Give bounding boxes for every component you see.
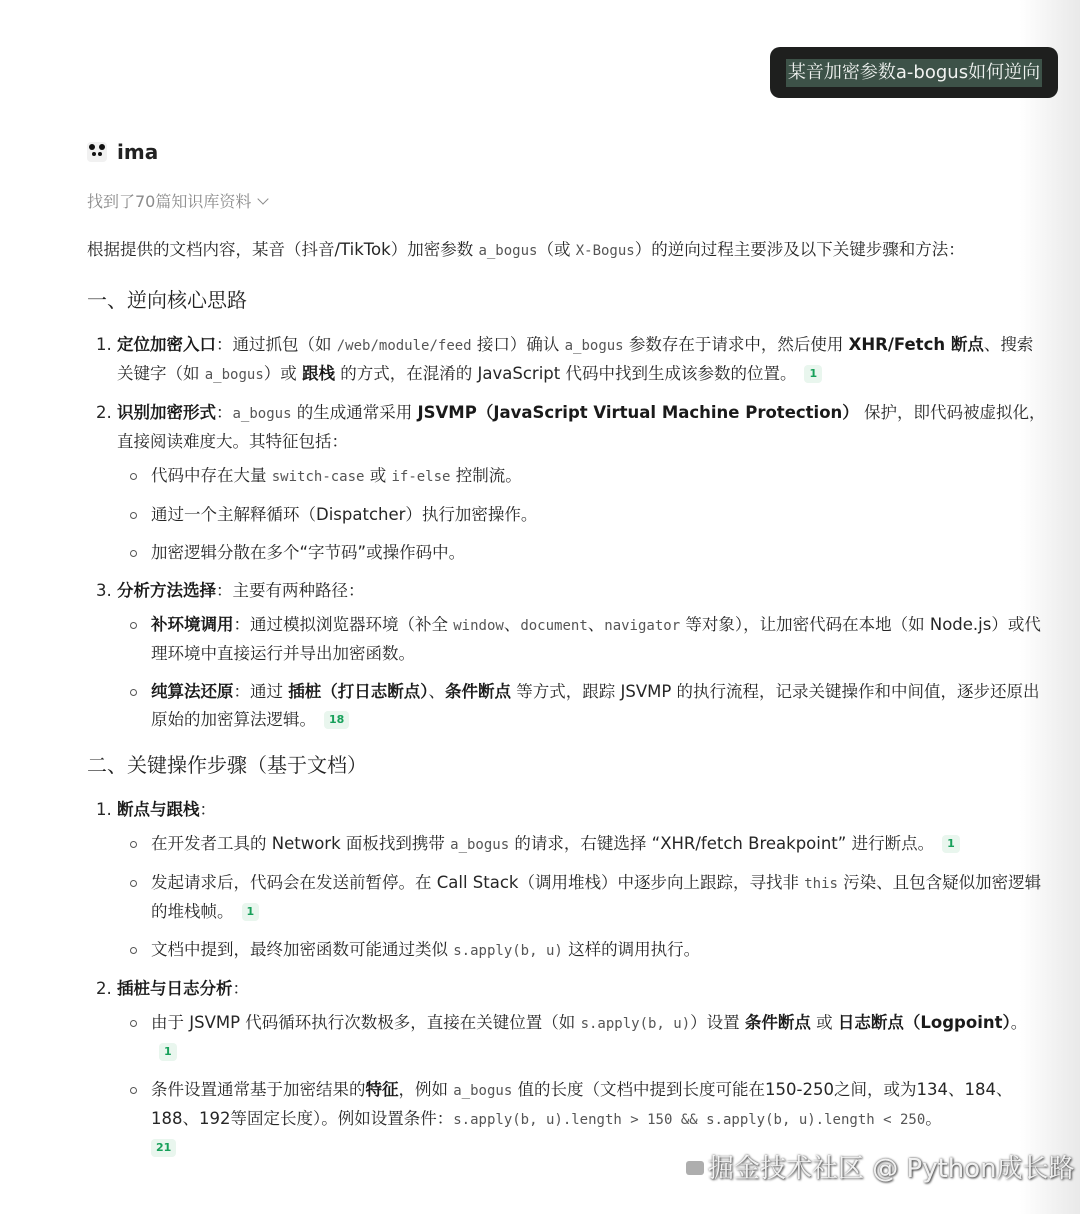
sub-list-item: 补环境调用：通过模拟浏览器环境（补全 window、document、navig… <box>121 611 1047 668</box>
sub-list-item: 通过一个主解释循环（Dispatcher）执行加密操作。 <box>121 501 1047 529</box>
sub-list-item: 纯算法还原：通过 插桩（打日志断点）、条件断点 等方式，跟踪 JSVMP 的执行… <box>121 678 1047 734</box>
sub-list-item: 条件设置通常基于加密结果的特征，例如 a_bogus 值的长度（文档中提到长度可… <box>121 1076 1047 1162</box>
assistant-name: ima <box>117 140 158 164</box>
citation-badge[interactable]: 1 <box>804 365 822 383</box>
sub-list-item: 在开发者工具的 Network 面板找到携带 a_bogus 的请求，右键选择 … <box>121 830 1047 859</box>
section2-list: 断点与跟栈： 在开发者工具的 Network 面板找到携带 a_bogus 的请… <box>87 796 1047 1162</box>
user-message-bubble: 某音加密参数a-bogus如何逆向 <box>770 47 1058 98</box>
sources-label: 找到了70篇知识库资料 <box>87 189 251 212</box>
sources-toggle[interactable]: 找到了70篇知识库资料 <box>87 189 267 212</box>
sub-list-item: 文档中提到，最终加密函数可能通过类似 s.apply(b, u) 这样的调用执行… <box>121 936 1047 965</box>
list-item: 定位加密入口：通过抓包（如 /web/module/feed 接口）确认 a_b… <box>117 331 1047 389</box>
list-item: 断点与跟栈： 在开发者工具的 Network 面板找到携带 a_bogus 的请… <box>117 796 1047 965</box>
sub-list: 代码中存在大量 switch-case 或 if-else 控制流。 通过一个主… <box>117 462 1047 567</box>
answer-intro: 根据提供的文档内容，某音（抖音/TikTok）加密参数 a_bogus（或 X-… <box>87 236 1047 265</box>
list-item: 分析方法选择：主要有两种路径： 补环境调用：通过模拟浏览器环境（补全 windo… <box>117 577 1047 734</box>
sub-list: 补环境调用：通过模拟浏览器环境（补全 window、document、navig… <box>117 611 1047 734</box>
section1-list: 定位加密入口：通过抓包（如 /web/module/feed 接口）确认 a_b… <box>87 331 1047 734</box>
citation-badge[interactable]: 1 <box>942 835 960 853</box>
assistant-header: ima <box>87 140 158 164</box>
sub-list-item: 发起请求后，代码会在发送前暂停。在 Call Stack（调用堆栈）中逐步向上跟… <box>121 869 1047 926</box>
user-message-text: 某音加密参数a-bogus如何逆向 <box>786 59 1042 87</box>
chevron-down-icon <box>258 193 269 204</box>
section-heading-1: 一、逆向核心思路 <box>87 285 1047 315</box>
citation-badge[interactable]: 18 <box>324 711 349 729</box>
sub-list: 在开发者工具的 Network 面板找到携带 a_bogus 的请求，右键选择 … <box>117 830 1047 965</box>
panda-avatar-icon <box>87 142 107 162</box>
sub-list-item: 代码中存在大量 switch-case 或 if-else 控制流。 <box>121 462 1047 491</box>
answer-body: 根据提供的文档内容，某音（抖音/TikTok）加密参数 a_bogus（或 X-… <box>87 236 1047 1172</box>
citation-badge[interactable]: 21 <box>151 1139 176 1157</box>
citation-badge[interactable]: 1 <box>159 1043 177 1061</box>
list-item: 识别加密形式：a_bogus 的生成通常采用 JSVMP（JavaScript … <box>117 399 1047 567</box>
citation-badge[interactable]: 1 <box>242 903 260 921</box>
sub-list: 由于 JSVMP 代码循环执行次数极多，直接在关键位置（如 s.apply(b,… <box>117 1009 1047 1162</box>
sub-list-item: 由于 JSVMP 代码循环执行次数极多，直接在关键位置（如 s.apply(b,… <box>121 1009 1047 1066</box>
sub-list-item: 加密逻辑分散在多个“字节码”或操作码中。 <box>121 539 1047 567</box>
section-heading-2: 二、关键操作步骤（基于文档） <box>87 750 1047 780</box>
list-item: 插桩与日志分析： 由于 JSVMP 代码循环执行次数极多，直接在关键位置（如 s… <box>117 975 1047 1162</box>
